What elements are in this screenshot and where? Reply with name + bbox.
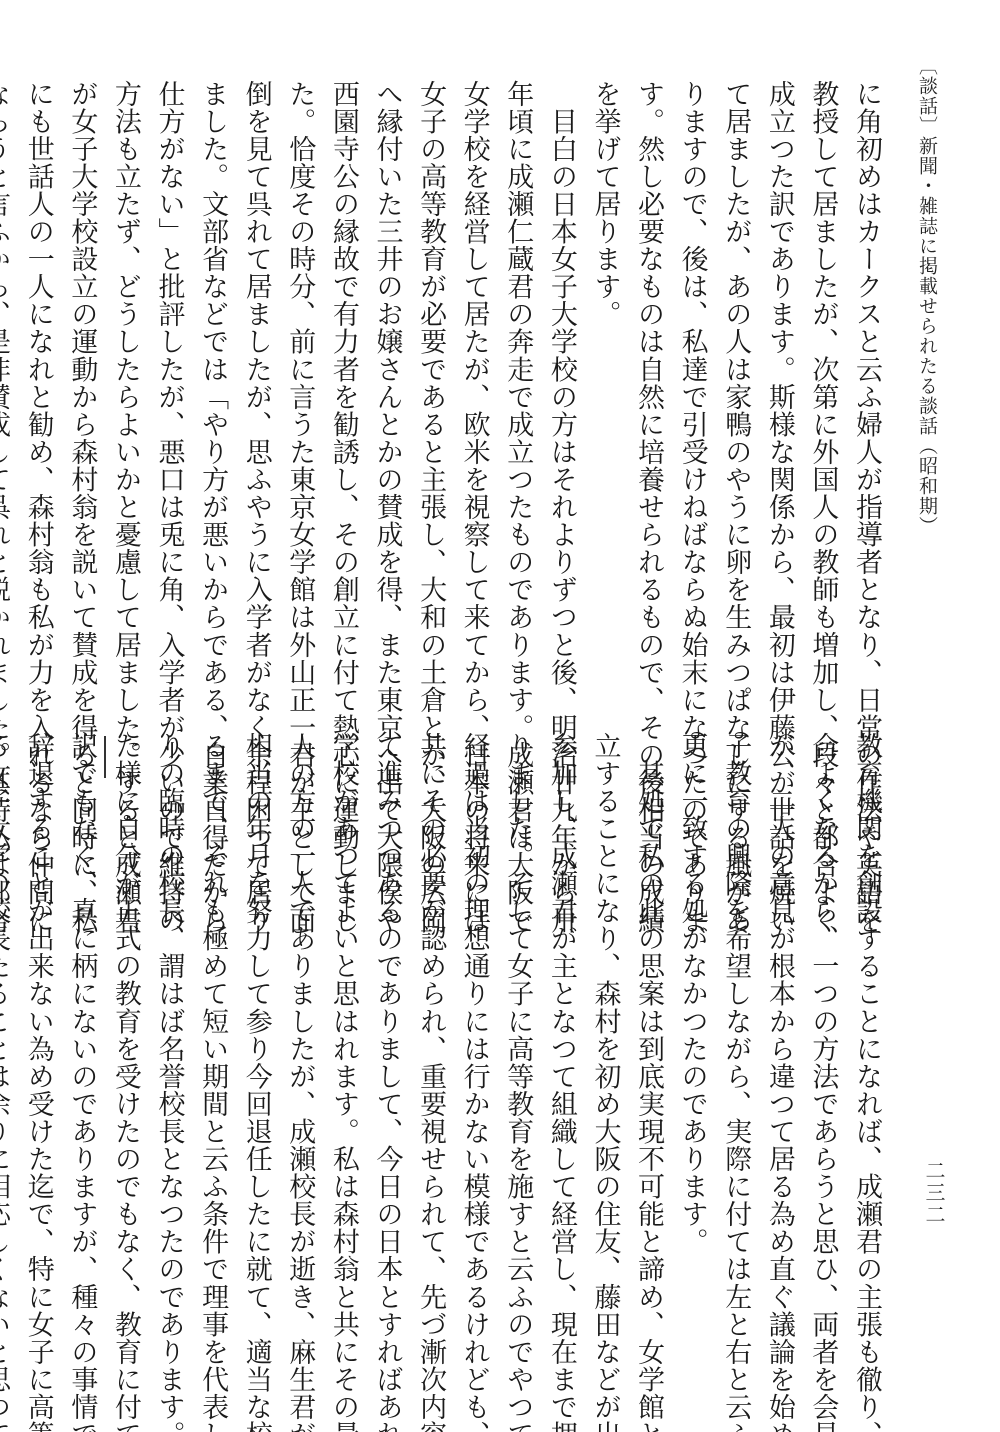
- text-column: るまで、それも極めて短い期間と云ふ条件で理事を代表して名前ばか: [191, 732, 235, 1352]
- text-column: 教育機関を創設することになれば、成瀬君の主張も徹り、女学館も都: [844, 732, 888, 1352]
- text-column: す。然し必要なものは自然に培養せられるもので、その後相当の成績: [626, 80, 670, 700]
- text-column: 其処で私の此の思案は到底実現不可能と諦め、女学館とは別個に創: [626, 732, 670, 1352]
- text-column: 子教育の興隆を希望しながら、実際に付ては左と右と云ふ様に別れて: [714, 732, 758, 1352]
- text-column: 経過は当初の理想通りには行かない模様であるけれども、世の進みと: [452, 732, 496, 1352]
- text-column: 更に一致する処がなかつたのであります。: [670, 732, 714, 1352]
- text-column: 倒を見て呉れて居ましたが、思ふやうに入学者がなく余程困つて居り: [234, 80, 278, 700]
- text-column: 辞退することが出来ない為め受けた迄で、特に女子に高等教育を授け: [16, 732, 60, 1352]
- text-column: りの臨時の校長、謂はば名誉校長となつたのであります。前にも申し: [147, 732, 191, 1352]
- text-column: 年頃に成瀬仁蔵君の奔走で成立つたものであります。成瀬君は大阪で: [496, 80, 540, 700]
- running-head: 〔談話〕新聞・雑誌に掲載せられたる談話（昭和期）: [912, 56, 942, 536]
- text-column: 人の方の一人でありましたが、成瀬校長が逝き、麻生君が其後を襲ひ: [278, 732, 322, 1352]
- page-number: 二三二: [919, 1160, 949, 1226]
- text-column: 合よくなるから、一つの方法であらうと思ひ、両者を会見せしめた処: [801, 732, 845, 1352]
- text-column: 仕方がない」と批評したが、悪口は兎に角、入学者が少いので維持の: [147, 80, 191, 700]
- text-column: た。恰度その時分、前に言うた東京女学館は外山正一君が主として面: [278, 80, 322, 700]
- text-column: りました。そして女子に高等教育を施すと云ふのでやつて居り、その: [496, 732, 540, 1352]
- text-column: 学校があつてよいと思はれます。私は森村翁と共にその最初から世話: [321, 732, 365, 1352]
- text-column: て進みつつあるのでありまして、今日の日本とすればあれ位の女子の: [365, 732, 409, 1352]
- text-column: を挙げて居ります。: [583, 80, 627, 700]
- text-column: 参加し、成瀬君が主となつて組織して経営し、現在まで押し進めて参: [539, 732, 583, 1352]
- text-column: 女子の高等教育が必要であると主張し、大和の土倉とか、大阪の広岡: [408, 80, 452, 700]
- text-column: ならうと言ふから、是非賛成して呉れと説かれました。其時私は都合: [0, 80, 16, 700]
- text-column: ました。文部省などでは「やり方が悪いからである、自業自得だから: [191, 80, 235, 700]
- text-column: りますので、後は、私達で引受けねばならぬ始末になつたのでありま: [670, 80, 714, 700]
- text-block-bottom: 教育機関を創設することになれば、成瀬君の主張も徹り、女学館も都合よくなるから、一…: [0, 732, 888, 1352]
- text-block-top: に角初めはカークスと云ふ婦人が指導者となり、日常の作法や英語を教授して居ましたが…: [0, 80, 888, 700]
- text-column: 共にその必要が認められ、重要視せられて、先づ漸次内容充実に向つ: [408, 732, 452, 1352]
- text-column: る女子大学の校長たることは余りに相応しくないと思つて居ります。: [0, 732, 16, 1352]
- text-column: て居ましたが、あの人は家鴨のやうに卵を生みつぱなしにする風があ: [714, 80, 758, 700]
- text-column: 女学校を経営して居たが、欧米を視察して来てから、日本の将来には: [452, 80, 496, 700]
- text-column: 相当の年月を努力して参り今回退任したに就て、適当な校長を就任す: [234, 732, 278, 1352]
- text-column: にも世話人の一人になれと勧め、森村翁も私が力を入れるなら仲間に: [16, 80, 60, 700]
- text-column: た様に自分が正式の教育を受けたのでもなく、教育に付て見識がある: [103, 732, 147, 1352]
- text-column: 立することになり、森村を初め大阪の住友、藤田などが出資し、私も: [583, 732, 627, 1352]
- text-column: が女子大学校設立の運動から森村翁を説いて賛成を得ると同時に、私: [60, 80, 104, 700]
- text-column: 成立つた訳であります。斯様な関係から、最初は伊藤公が世話を焼い: [757, 80, 801, 700]
- text-column: へ縁付いた三井のお嬢さんとかの賛成を得、また東京へ出て大隈侯や: [365, 80, 409, 700]
- text-column: が、二人の意見が根本から違つて居る為め直ぐ議論を始め、同じく女: [757, 732, 801, 1352]
- text-column: 西園寺公の縁故で有力者を勧誘し、その創立に付て熱心に運動しまし: [321, 80, 365, 700]
- text-column: 教授して居ましたが、次第に外国人の教師も増加し、段々と都合よく: [801, 80, 845, 700]
- text-column: 訳でもなく、真に柄にないのでありますが、種々の事情で私が強ひて: [60, 732, 104, 1352]
- text-column: 方法も立たず、どうしたらよいかと憂慮して居ました。すると成瀬君: [103, 80, 147, 700]
- text-column: に角初めはカークスと云ふ婦人が指導者となり、日常の作法や英語を: [844, 80, 888, 700]
- text-column: 目白の日本女子大学校の方はそれよりずつと後、明治廿九年から卅: [539, 80, 583, 700]
